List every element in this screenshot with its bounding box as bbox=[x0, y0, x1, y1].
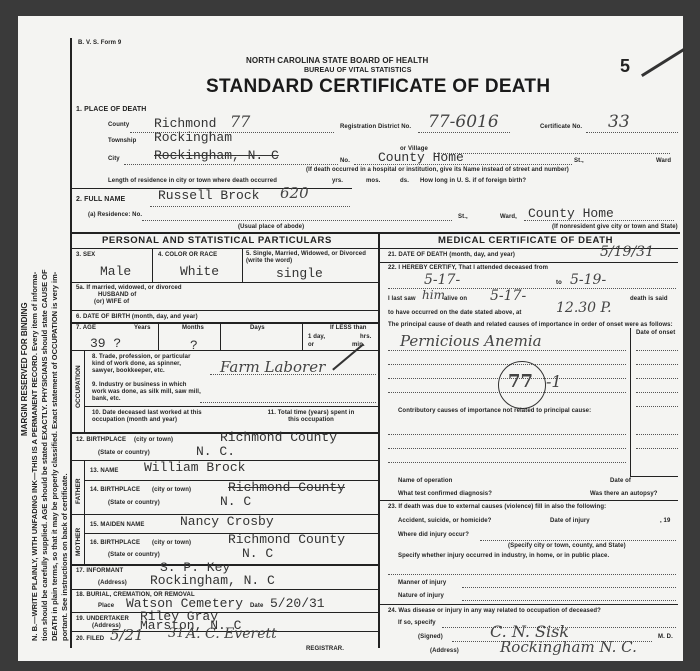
mother-side-label: MOTHER bbox=[75, 528, 82, 556]
filed-label: 20. FILED bbox=[76, 636, 104, 642]
full-name-label: 2. FULL NAME bbox=[76, 196, 125, 203]
signed-label: (Signed) bbox=[418, 634, 443, 640]
margin-instructions-1: N. B.—WRITE PLAINLY, WITH UNFADING INK—T… bbox=[30, 272, 39, 641]
industry-label: 9. Industry or business in which work wa… bbox=[92, 382, 202, 403]
occupation-related-label: 24. Was disease or injury in any way rel… bbox=[388, 608, 601, 614]
spouse-label: 5a. If married, widowed, or divorced bbox=[76, 285, 182, 291]
race-label: 4. COLOR OR RACE bbox=[158, 252, 217, 258]
sex-value: Male bbox=[100, 264, 131, 279]
birthplace-state-label: (State or country) bbox=[98, 450, 150, 456]
ward-label: Ward bbox=[656, 158, 671, 164]
residence-ward-label: Ward, bbox=[500, 214, 517, 220]
where-injury-note: (Specify city or town, county, and State… bbox=[508, 543, 626, 549]
operation-label: Name of operation bbox=[398, 478, 452, 484]
sex-label: 3. SEX bbox=[76, 252, 95, 258]
marital-label: 5. Single, Married, Widowed, or Divorced… bbox=[246, 251, 376, 265]
occurred-label: to have occurred on the date stated abov… bbox=[388, 310, 522, 316]
father-name-label: 13. NAME bbox=[90, 468, 118, 474]
test-label: What test confirmed diagnosis? bbox=[398, 491, 492, 497]
years-label: Years bbox=[134, 325, 151, 331]
mos-label: mos. bbox=[366, 178, 380, 184]
hrs-label: hrs. bbox=[360, 334, 371, 340]
injury-date-label: Date of injury bbox=[550, 518, 590, 524]
st-label: St., bbox=[574, 158, 584, 164]
burial-date-label: Date bbox=[250, 603, 263, 609]
filed-date: 5/21 bbox=[110, 626, 144, 644]
contributory-label: Contributory causes of importance not re… bbox=[398, 408, 591, 414]
or-label: or bbox=[308, 342, 314, 348]
accident-label: Accident, suicide, or homicide? bbox=[398, 518, 491, 524]
residence-length-label: Length of residence in city or town wher… bbox=[108, 178, 277, 184]
age-label: 7. AGE bbox=[76, 325, 96, 331]
father-birthplace-state-label: (State or country) bbox=[108, 500, 160, 506]
attended-from: 5-17- bbox=[424, 272, 460, 288]
institution-note: (If death occurred in a hospital or inst… bbox=[306, 167, 569, 173]
margin-reserved-text: MARGIN RESERVED FOR BINDING bbox=[20, 302, 29, 436]
race-value: White bbox=[180, 264, 219, 279]
registrar-signature: A. C. Everett bbox=[186, 626, 277, 642]
undertaker-label: 19. UNDERTAKER bbox=[76, 616, 129, 622]
county-label: County bbox=[108, 122, 129, 128]
operation-date-label: Date of bbox=[610, 478, 631, 484]
onset-label: Date of onset bbox=[636, 330, 675, 336]
certificate-form: B. V. S. Form 9 NORTH CAROLINA STATE BOA… bbox=[70, 16, 680, 661]
registration-label: Registration District No. bbox=[340, 124, 411, 130]
wife-label: (or) WIFE of bbox=[94, 299, 129, 305]
ds-label: ds. bbox=[400, 178, 409, 184]
city-value: Rockingham, N. C bbox=[154, 148, 279, 163]
full-name-note: 620 bbox=[280, 184, 309, 202]
city-label: City bbox=[108, 156, 120, 162]
nature-injury-label: Nature of injury bbox=[398, 593, 444, 599]
occupation-side-label: OCCUPATION bbox=[75, 365, 82, 408]
informant-label: 17. INFORMANT bbox=[76, 568, 123, 574]
husband-label: HUSBAND of bbox=[98, 292, 136, 298]
registrar-label: REGISTRAR. bbox=[306, 646, 344, 652]
mother-name: Nancy Crosby bbox=[180, 514, 274, 529]
residence-value: County Home bbox=[528, 206, 614, 221]
dob-label: 6. DATE OF BIRTH (month, day, and year) bbox=[76, 314, 198, 320]
mother-birthplace-state: N. C bbox=[242, 546, 273, 561]
column-divider bbox=[378, 232, 380, 648]
injury-year-label: , 19 bbox=[660, 518, 670, 524]
alive-on-label: alive on bbox=[444, 296, 467, 302]
where-injury-label: Where did injury occur? bbox=[398, 532, 469, 538]
day-label: 1 day, bbox=[308, 334, 325, 340]
informant-address-label: (Address) bbox=[98, 580, 127, 586]
pen-stroke-mark bbox=[641, 48, 685, 77]
mother-birthplace-city: Richmond County bbox=[228, 532, 345, 547]
total-time-label: 11. Total time (years) spent in this occ… bbox=[266, 410, 356, 424]
certify-label: 22. I HEREBY CERTIFY, That I attended de… bbox=[388, 265, 548, 271]
stamp-code: 77 bbox=[508, 371, 533, 392]
date-of-death-value: 5/19/31 bbox=[600, 244, 654, 260]
mother-birthplace-label: 16. BIRTHPLACE bbox=[90, 540, 140, 546]
mother-birthplace-city-label: (city or town) bbox=[152, 540, 191, 546]
stamp-suffix: -1 bbox=[546, 372, 562, 391]
days-label: Days bbox=[250, 325, 265, 331]
last-saw-label: I last saw bbox=[388, 296, 416, 302]
residence-st-label: St., bbox=[458, 214, 468, 220]
binding-margin: MARGIN RESERVED FOR BINDING N. B.—WRITE … bbox=[18, 16, 68, 661]
attended-to: 5-19- bbox=[570, 272, 606, 288]
page-title: STANDARD CERTIFICATE OF DEATH bbox=[206, 76, 550, 98]
informant-address: Rockingham, N. C bbox=[150, 573, 275, 588]
township-value: Rockingham bbox=[154, 130, 232, 145]
cause-value: Pernicious Anemia bbox=[400, 332, 542, 350]
page-mark: 5 bbox=[620, 56, 630, 77]
margin-instructions-2: tion should be carefully supplied. AGE s… bbox=[40, 269, 49, 641]
physician-address: Rockingham N. C. bbox=[500, 638, 637, 656]
yrs-label: yrs. bbox=[332, 178, 343, 184]
check-stroke bbox=[332, 343, 364, 370]
to-label: to bbox=[556, 280, 562, 286]
place-of-death-label: 1. PLACE OF DEATH bbox=[76, 106, 146, 113]
county-note: 77 bbox=[230, 112, 250, 131]
personal-section-title: PERSONAL AND STATISTICAL PARTICULARS bbox=[102, 235, 332, 246]
abode-note: (Usual place of abode) bbox=[238, 224, 304, 230]
mother-name-label: 15. MAIDEN NAME bbox=[90, 522, 145, 528]
medical-section-title: MEDICAL CERTIFICATE OF DEATH bbox=[438, 235, 613, 246]
last-saw-date: 5-17- bbox=[490, 288, 526, 304]
months-label: Months bbox=[182, 325, 204, 331]
burial-date: 5/20/31 bbox=[270, 596, 325, 611]
birthplace-label: 12. BIRTHPLACE bbox=[76, 437, 126, 443]
date-of-death-label: 21. DATE OF DEATH (month, day, and year) bbox=[388, 252, 515, 258]
form-id: B. V. S. Form 9 bbox=[78, 40, 121, 46]
township-label: Township bbox=[108, 138, 136, 144]
birthplace-state: N. C. bbox=[196, 444, 235, 459]
manner-injury-label: Manner of injury bbox=[398, 580, 446, 586]
filed-year: 31 bbox=[168, 626, 185, 641]
father-side-label: FATHER bbox=[75, 478, 82, 504]
physician-address-label: (Address) bbox=[430, 648, 459, 654]
nonresident-note: (If nonresident give city or town and St… bbox=[552, 224, 678, 230]
bureau-name: BUREAU OF VITAL STATISTICS bbox=[304, 67, 411, 74]
residence-label: (a) Residence: No. bbox=[88, 212, 142, 218]
burial-place-label: Place bbox=[98, 603, 114, 609]
county-value: Richmond bbox=[154, 116, 216, 131]
mother-birthplace-state-label: (State or country) bbox=[108, 552, 160, 558]
birthplace-city-label: (city or town) bbox=[134, 437, 173, 443]
certificate-number: 33 bbox=[608, 112, 630, 132]
specify-injury-label: Specify whether injury occurred in indus… bbox=[398, 553, 609, 559]
full-name-value: Russell Brock bbox=[158, 188, 259, 203]
agency-name: NORTH CAROLINA STATE BOARD OF HEALTH bbox=[246, 56, 428, 65]
external-causes-label: 23. If death was due to external causes … bbox=[388, 504, 606, 510]
birthplace-city: Richmond County bbox=[220, 430, 337, 445]
md-label: M. D. bbox=[658, 634, 673, 640]
trade-label: 8. Trade, profession, or particular kind… bbox=[92, 354, 202, 375]
form-left-border bbox=[70, 38, 72, 648]
foreign-birth-label: How long in U. S. if of foreign birth? bbox=[420, 178, 526, 184]
marital-value: single bbox=[276, 266, 323, 281]
death-certificate-page: MARGIN RESERVED FOR BINDING N. B.—WRITE … bbox=[18, 16, 683, 661]
autopsy-label: Was there an autopsy? bbox=[590, 491, 658, 497]
death-said-label: death is said bbox=[630, 296, 668, 302]
margin-instructions-4: portant. See instructions on back of cer… bbox=[60, 473, 69, 641]
certificate-label: Certificate No. bbox=[540, 124, 582, 130]
father-name: William Brock bbox=[144, 460, 245, 475]
institution-value: County Home bbox=[378, 150, 464, 165]
no-label: No. bbox=[340, 158, 350, 164]
father-birthplace-label: 14. BIRTHPLACE bbox=[90, 487, 140, 493]
age-years-value: 39 ? bbox=[90, 336, 121, 351]
if-so-label: If so, specify bbox=[398, 620, 436, 626]
last-worked-label: 10. Date deceased last worked at this oc… bbox=[92, 410, 202, 424]
father-birthplace-state: N. C bbox=[220, 494, 251, 509]
last-saw-who: him bbox=[422, 288, 445, 302]
registration-number: 77-6016 bbox=[428, 112, 499, 132]
margin-instructions-3: DEATH in plain terms, so that it may be … bbox=[50, 272, 59, 641]
father-birthplace-city: Richmond County bbox=[228, 480, 345, 495]
father-birthplace-city-label: (city or town) bbox=[152, 487, 191, 493]
time-of-death: 12.30 P. bbox=[556, 300, 612, 316]
less-than-label: If LESS than bbox=[330, 325, 367, 331]
